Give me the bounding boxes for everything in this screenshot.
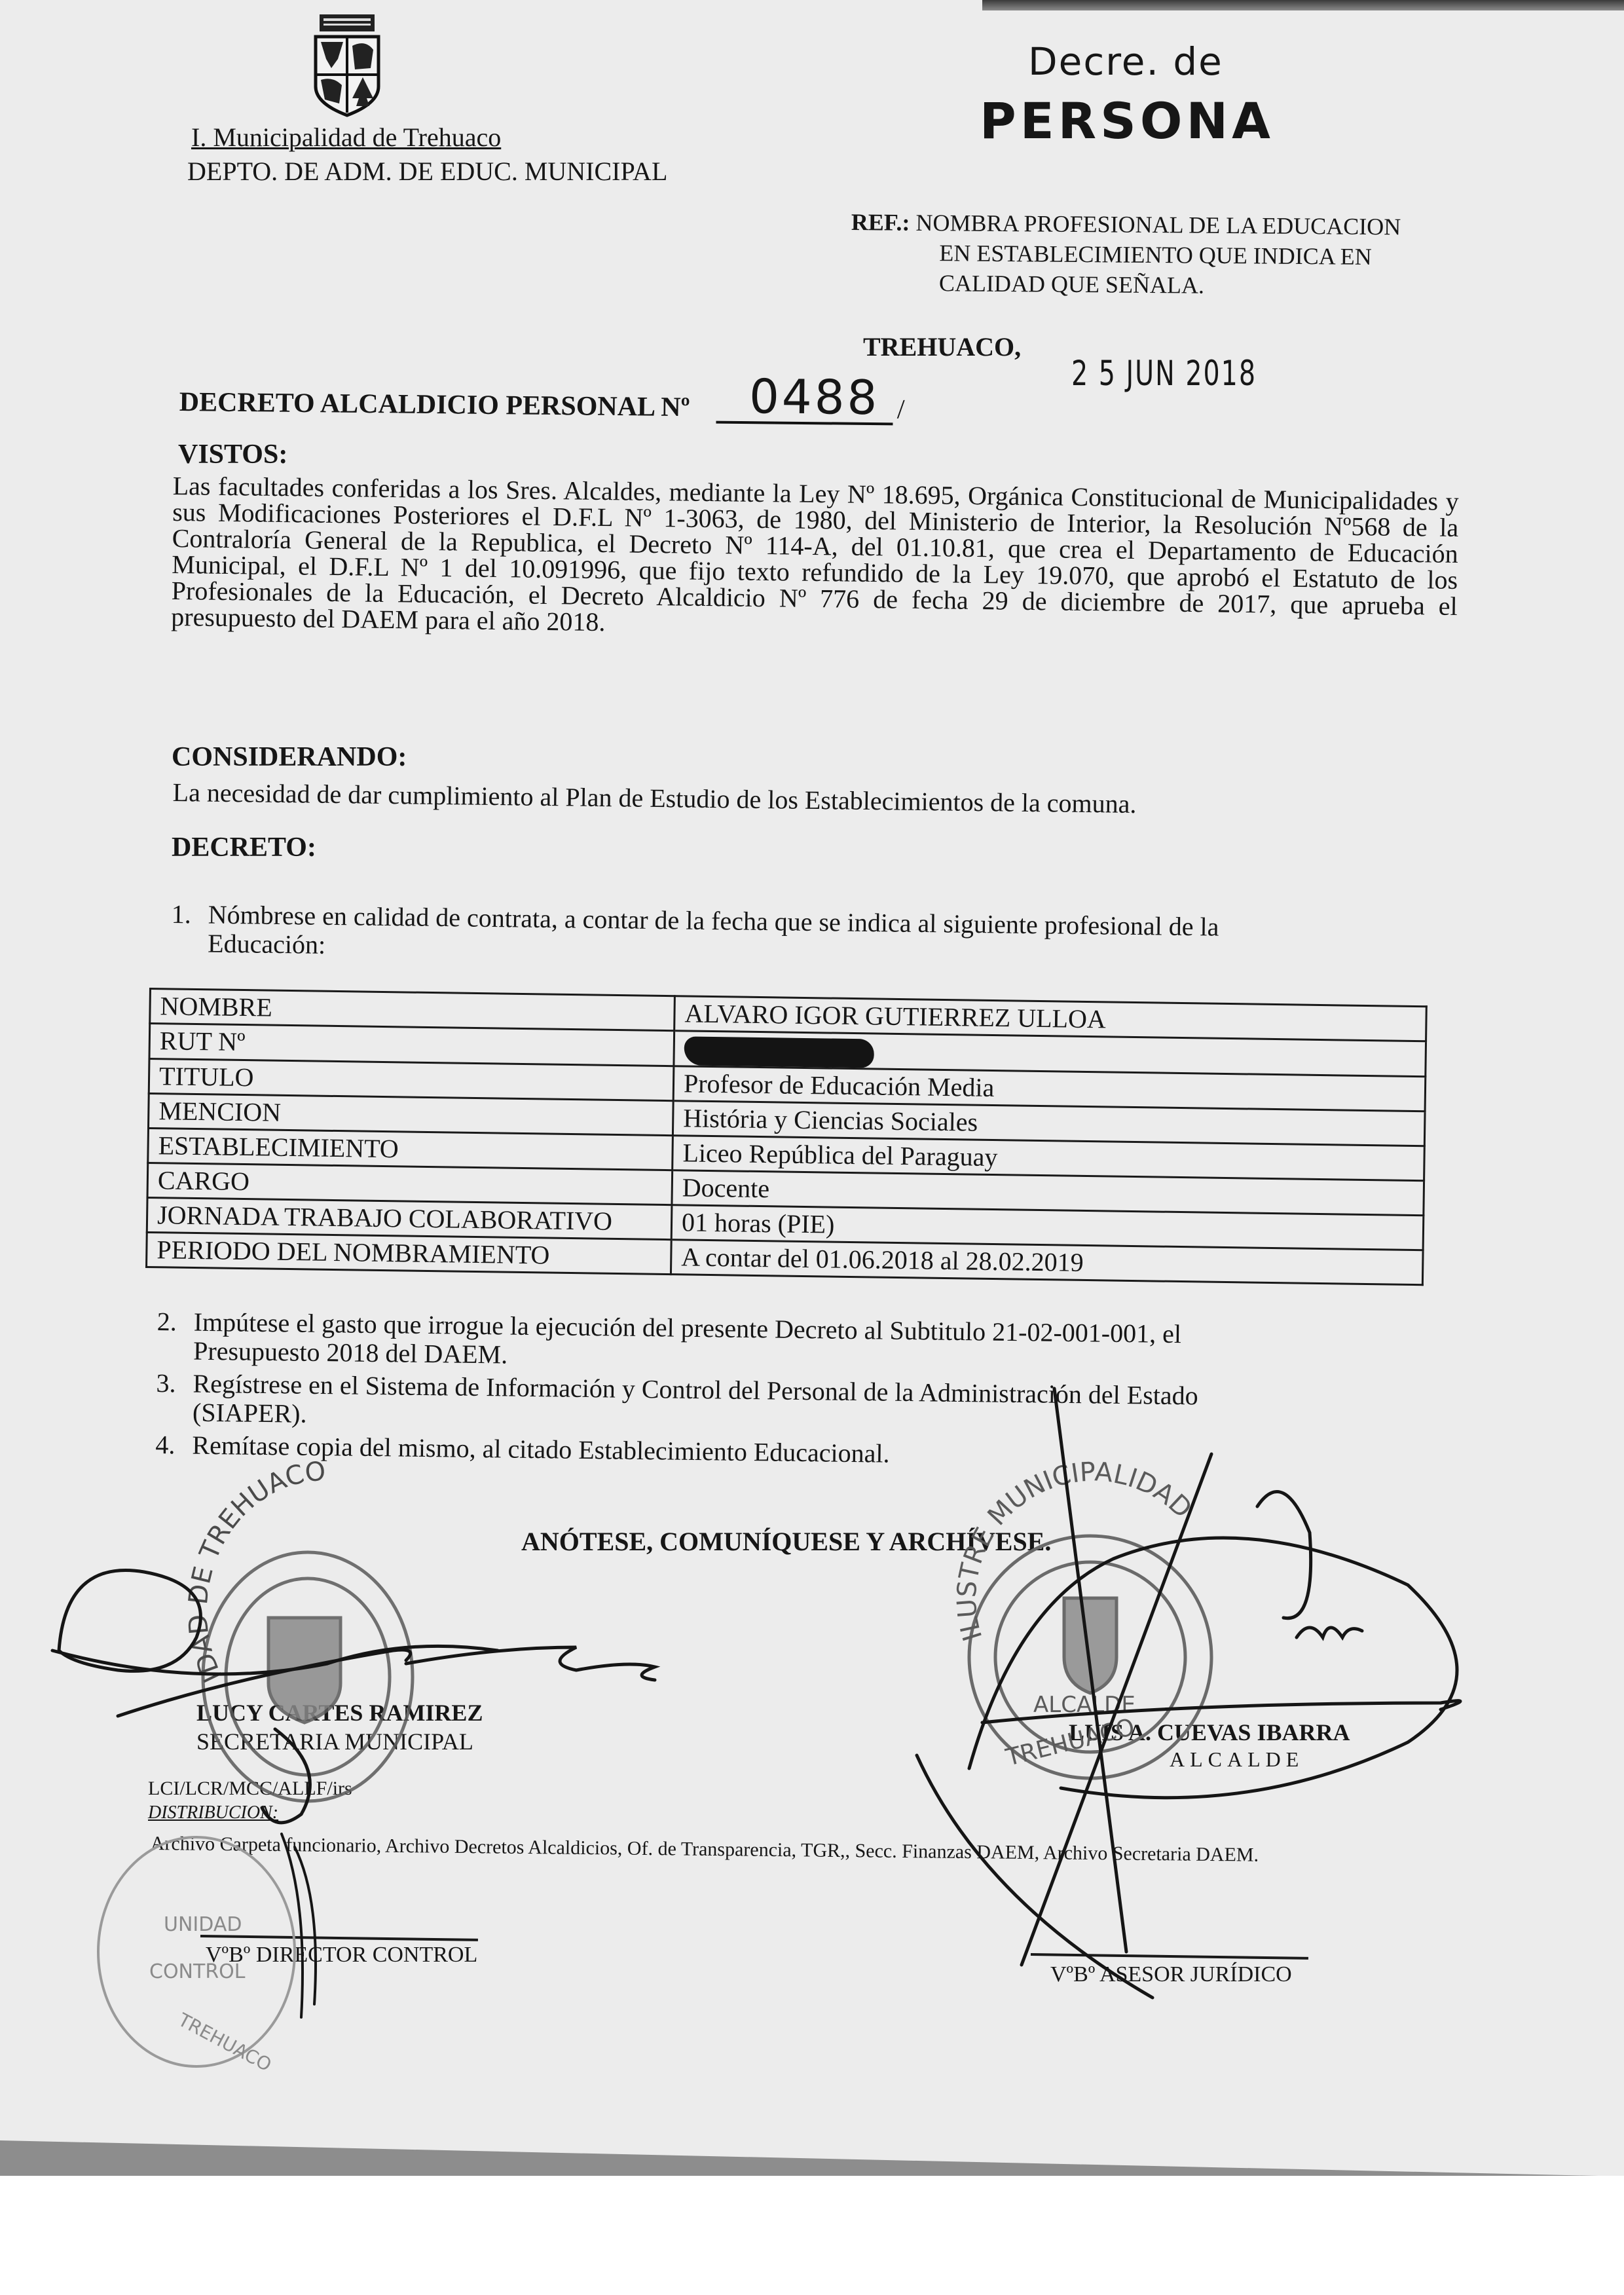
reference-line: EN ESTABLECIMIENTO QUE INDICA EN: [851, 237, 1401, 272]
considerando-text: La necesidad de dar cumplimiento al Plan…: [172, 777, 1136, 819]
scanned-page: I. Municipalidad de Trehuaco DEPTO. DE A…: [0, 0, 1624, 2295]
item-number: 2.: [157, 1307, 194, 1337]
control-signature-line: [200, 1935, 478, 1941]
secretary-role: SECRETARIA MUNICIPAL: [196, 1728, 473, 1755]
closing-formula: ANÓTESE, COMUNÍQUESE Y ARCHÍVESE.: [521, 1526, 1051, 1557]
place: TREHUACO,: [863, 331, 1021, 362]
reference-block: REF.: NOMBRA PROFESIONAL DE LA EDUCACION…: [851, 207, 1401, 302]
item-text: Remítase copia del mismo, al citado Esta…: [192, 1430, 890, 1468]
mayor-role: ALCALDE: [1170, 1747, 1304, 1772]
municipality-name: I. Municipalidad de Trehuaco: [191, 122, 501, 153]
control-signature: [282, 1834, 316, 2017]
field-label: PERIODO DEL NOMBRAMIENTO: [147, 1232, 672, 1274]
legal-signature-line: [1031, 1953, 1308, 1960]
distribution-heading: DISTRIBUCION:: [148, 1802, 278, 1823]
decree-items: 2.Impútese el gasto que irrogue la ejecu…: [155, 1307, 1454, 1479]
reference-label: REF.:: [851, 209, 910, 236]
stamp-decree-type-line2: PERSONA: [980, 92, 1274, 150]
decree-item: 2.Impútese el gasto que irrogue la ejecu…: [157, 1307, 1454, 1381]
secretary-seal-icon: [203, 1552, 413, 1801]
considerando-heading: CONSIDERANDO:: [172, 741, 407, 773]
svg-text:TREHUACO: TREHUACO: [174, 2009, 275, 2076]
stamp-decree-type-line1: Decre. de: [1028, 39, 1223, 84]
reference-line: CALIDAD QUE SEÑALA.: [851, 267, 1401, 302]
appointment-details-table: NOMBREALVARO IGOR GUTIERREZ ULLOARUT NºT…: [145, 988, 1428, 1286]
distribution-list: Archivo Carpeta funcionario, Archivo Dec…: [151, 1833, 1259, 1867]
item-number: 4.: [155, 1430, 193, 1460]
decree-item: 3.Regístrese en el Sistema de Informació…: [156, 1369, 1453, 1442]
decree-number-field: 0488: [716, 395, 893, 426]
reference-line: NOMBRA PROFESIONAL DE LA EDUCACION: [915, 210, 1401, 240]
author-initials: LCI/LCR/MCC/ALLF/irs: [148, 1778, 352, 1800]
redaction-mark: [684, 1036, 874, 1068]
decree-number-line: DECRETO ALCALDICIO PERSONAL Nº 0488 /: [179, 386, 904, 426]
vistos-text: Las facultades conferidas a los Sres. Al…: [171, 473, 1459, 646]
scan-edge-shadow-top: [982, 0, 1624, 10]
blank-margin: [0, 2176, 1624, 2295]
decree-slash: /: [897, 394, 905, 424]
svg-text:ALCALDE: ALCALDE: [1033, 1692, 1135, 1718]
svg-text:UNIDAD: UNIDAD: [164, 1913, 242, 1936]
secretary-name: LUCY CARTES RAMIREZ: [196, 1699, 483, 1726]
approval-control: VºBº DIRECTOR CONTROL: [206, 1943, 477, 1968]
svg-text:IDAD DE TREHUACO: IDAD DE TREHUACO: [183, 1456, 327, 1687]
date-stamp: 2 5 JUN 2018: [1071, 354, 1257, 394]
decree-number-handwritten: 0488: [749, 369, 880, 425]
item-number: 3.: [156, 1369, 193, 1398]
mayor-signature: [917, 1389, 1460, 1998]
approval-legal: VºBº ASESOR JURÍDICO: [1050, 1962, 1292, 1987]
vistos-heading: VISTOS:: [178, 439, 287, 470]
mayor-name: LUIS A. CUEVAS IBARRA: [1069, 1719, 1350, 1746]
department-name: DEPTO. DE ADM. DE EDUC. MUNICIPAL: [187, 156, 667, 187]
decree-title: DECRETO ALCALDICIO PERSONAL Nº: [179, 387, 690, 422]
secretary-signature: [52, 1571, 655, 1823]
decreto-heading: DECRETO:: [172, 832, 316, 863]
municipal-coat-of-arms-icon: [306, 13, 388, 118]
decree-item-1: 1.Nómbrese en calidad de contrata, a con…: [171, 900, 1468, 973]
item-number: 1.: [171, 900, 208, 929]
